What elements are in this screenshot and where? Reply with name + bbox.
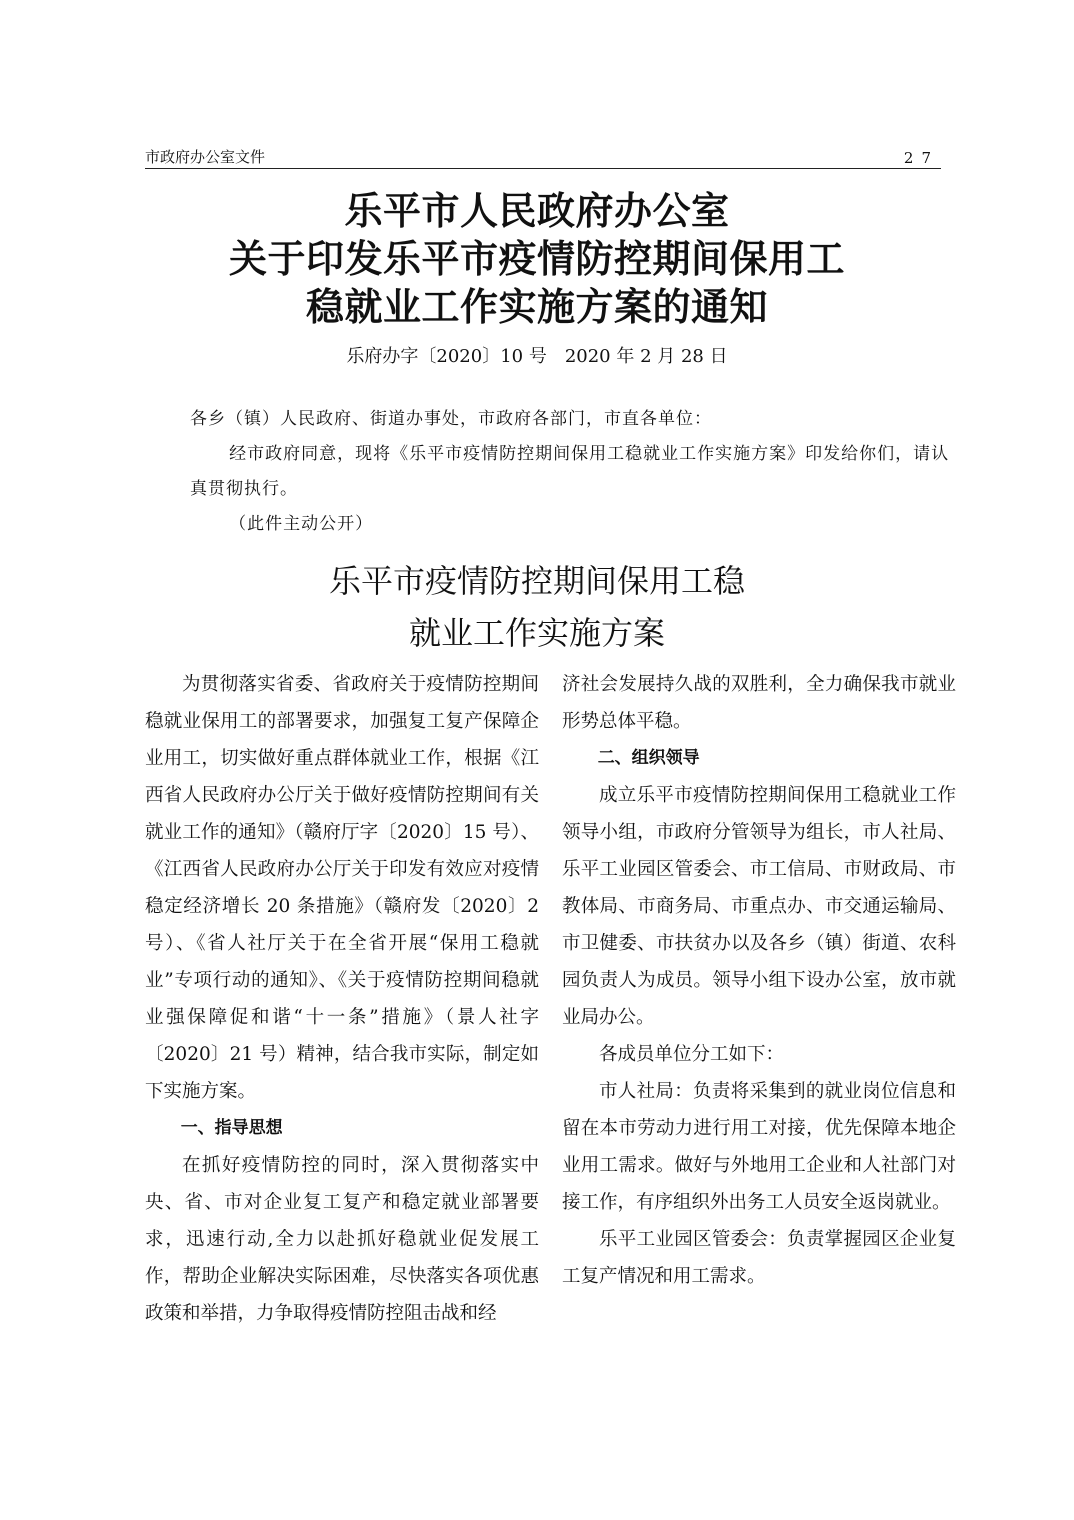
paragraph-division-intro: 各成员单位分工如下： — [562, 1036, 956, 1073]
heading-organization: 二、组织领导 — [562, 740, 956, 777]
page-number: 27 — [904, 149, 939, 167]
header-office-label: 市政府办公室文件 — [145, 146, 265, 167]
title-line-1: 乐平市人民政府办公室 — [0, 187, 1074, 235]
paragraph-leading-group: 成立乐平市疫情防控期间保用工稳就业工作领导小组，市政府分管领导为组长，市人社局、… — [562, 777, 956, 1036]
paragraph-guiding-ideology: 在抓好疫情防控的同时，深入贯彻落实中央、省、市对企业复工复产和稳定就业部署要求，… — [145, 1147, 539, 1332]
paragraph-basis: 为贯彻落实省委、省政府关于疫情防控期间稳就业保用工的部署要求，加强复工复产保障企… — [145, 666, 539, 1110]
document-page: 市政府办公室文件 27 乐平市人民政府办公室 关于印发乐平市疫情防控期间保用工 … — [0, 0, 1074, 1520]
page-header: 市政府办公室文件 27 — [145, 146, 941, 169]
document-title: 乐平市人民政府办公室 关于印发乐平市疫情防控期间保用工 稳就业工作实施方案的通知 — [0, 187, 1074, 331]
public-note: （此件主动公开） — [190, 507, 950, 542]
heading-guiding-ideology: 一、指导思想 — [145, 1110, 539, 1147]
document-number-date: 乐府办字〔2020〕10 号 2020 年 2 月 28 日 — [0, 342, 1074, 368]
notice-body: 经市政府同意，现将《乐平市疫情防控期间保用工稳就业工作实施方案》印发给你们，请认… — [190, 437, 950, 507]
plan-title-line-2: 就业工作实施方案 — [0, 607, 1074, 659]
paragraph-hr-bureau: 市人社局：负责将采集到的就业岗位信息和留在本市劳动力进行用工对接，优先保障本地企… — [562, 1073, 956, 1221]
plan-title: 乐平市疫情防控期间保用工稳 就业工作实施方案 — [0, 555, 1074, 659]
plan-title-line-1: 乐平市疫情防控期间保用工稳 — [0, 555, 1074, 607]
paragraph-guiding-ideology-cont: 济社会发展持久战的双胜利，全力确保我市就业形势总体平稳。 — [562, 666, 956, 740]
title-line-3: 稳就业工作实施方案的通知 — [0, 283, 1074, 331]
notice-intro: 各乡（镇）人民政府、街道办事处，市政府各部门，市直各单位： 经市政府同意，现将《… — [190, 402, 950, 542]
title-line-2: 关于印发乐平市疫情防控期间保用工 — [0, 235, 1074, 283]
paragraph-industrial-park: 乐平工业园区管委会：负责掌握园区企业复工复产情况和用工需求。 — [562, 1221, 956, 1295]
right-column: 济社会发展持久战的双胜利，全力确保我市就业形势总体平稳。 二、组织领导 成立乐平… — [562, 666, 956, 1295]
left-column: 为贯彻落实省委、省政府关于疫情防控期间稳就业保用工的部署要求，加强复工复产保障企… — [145, 666, 539, 1332]
addressee: 各乡（镇）人民政府、街道办事处，市政府各部门，市直各单位： — [190, 402, 950, 437]
